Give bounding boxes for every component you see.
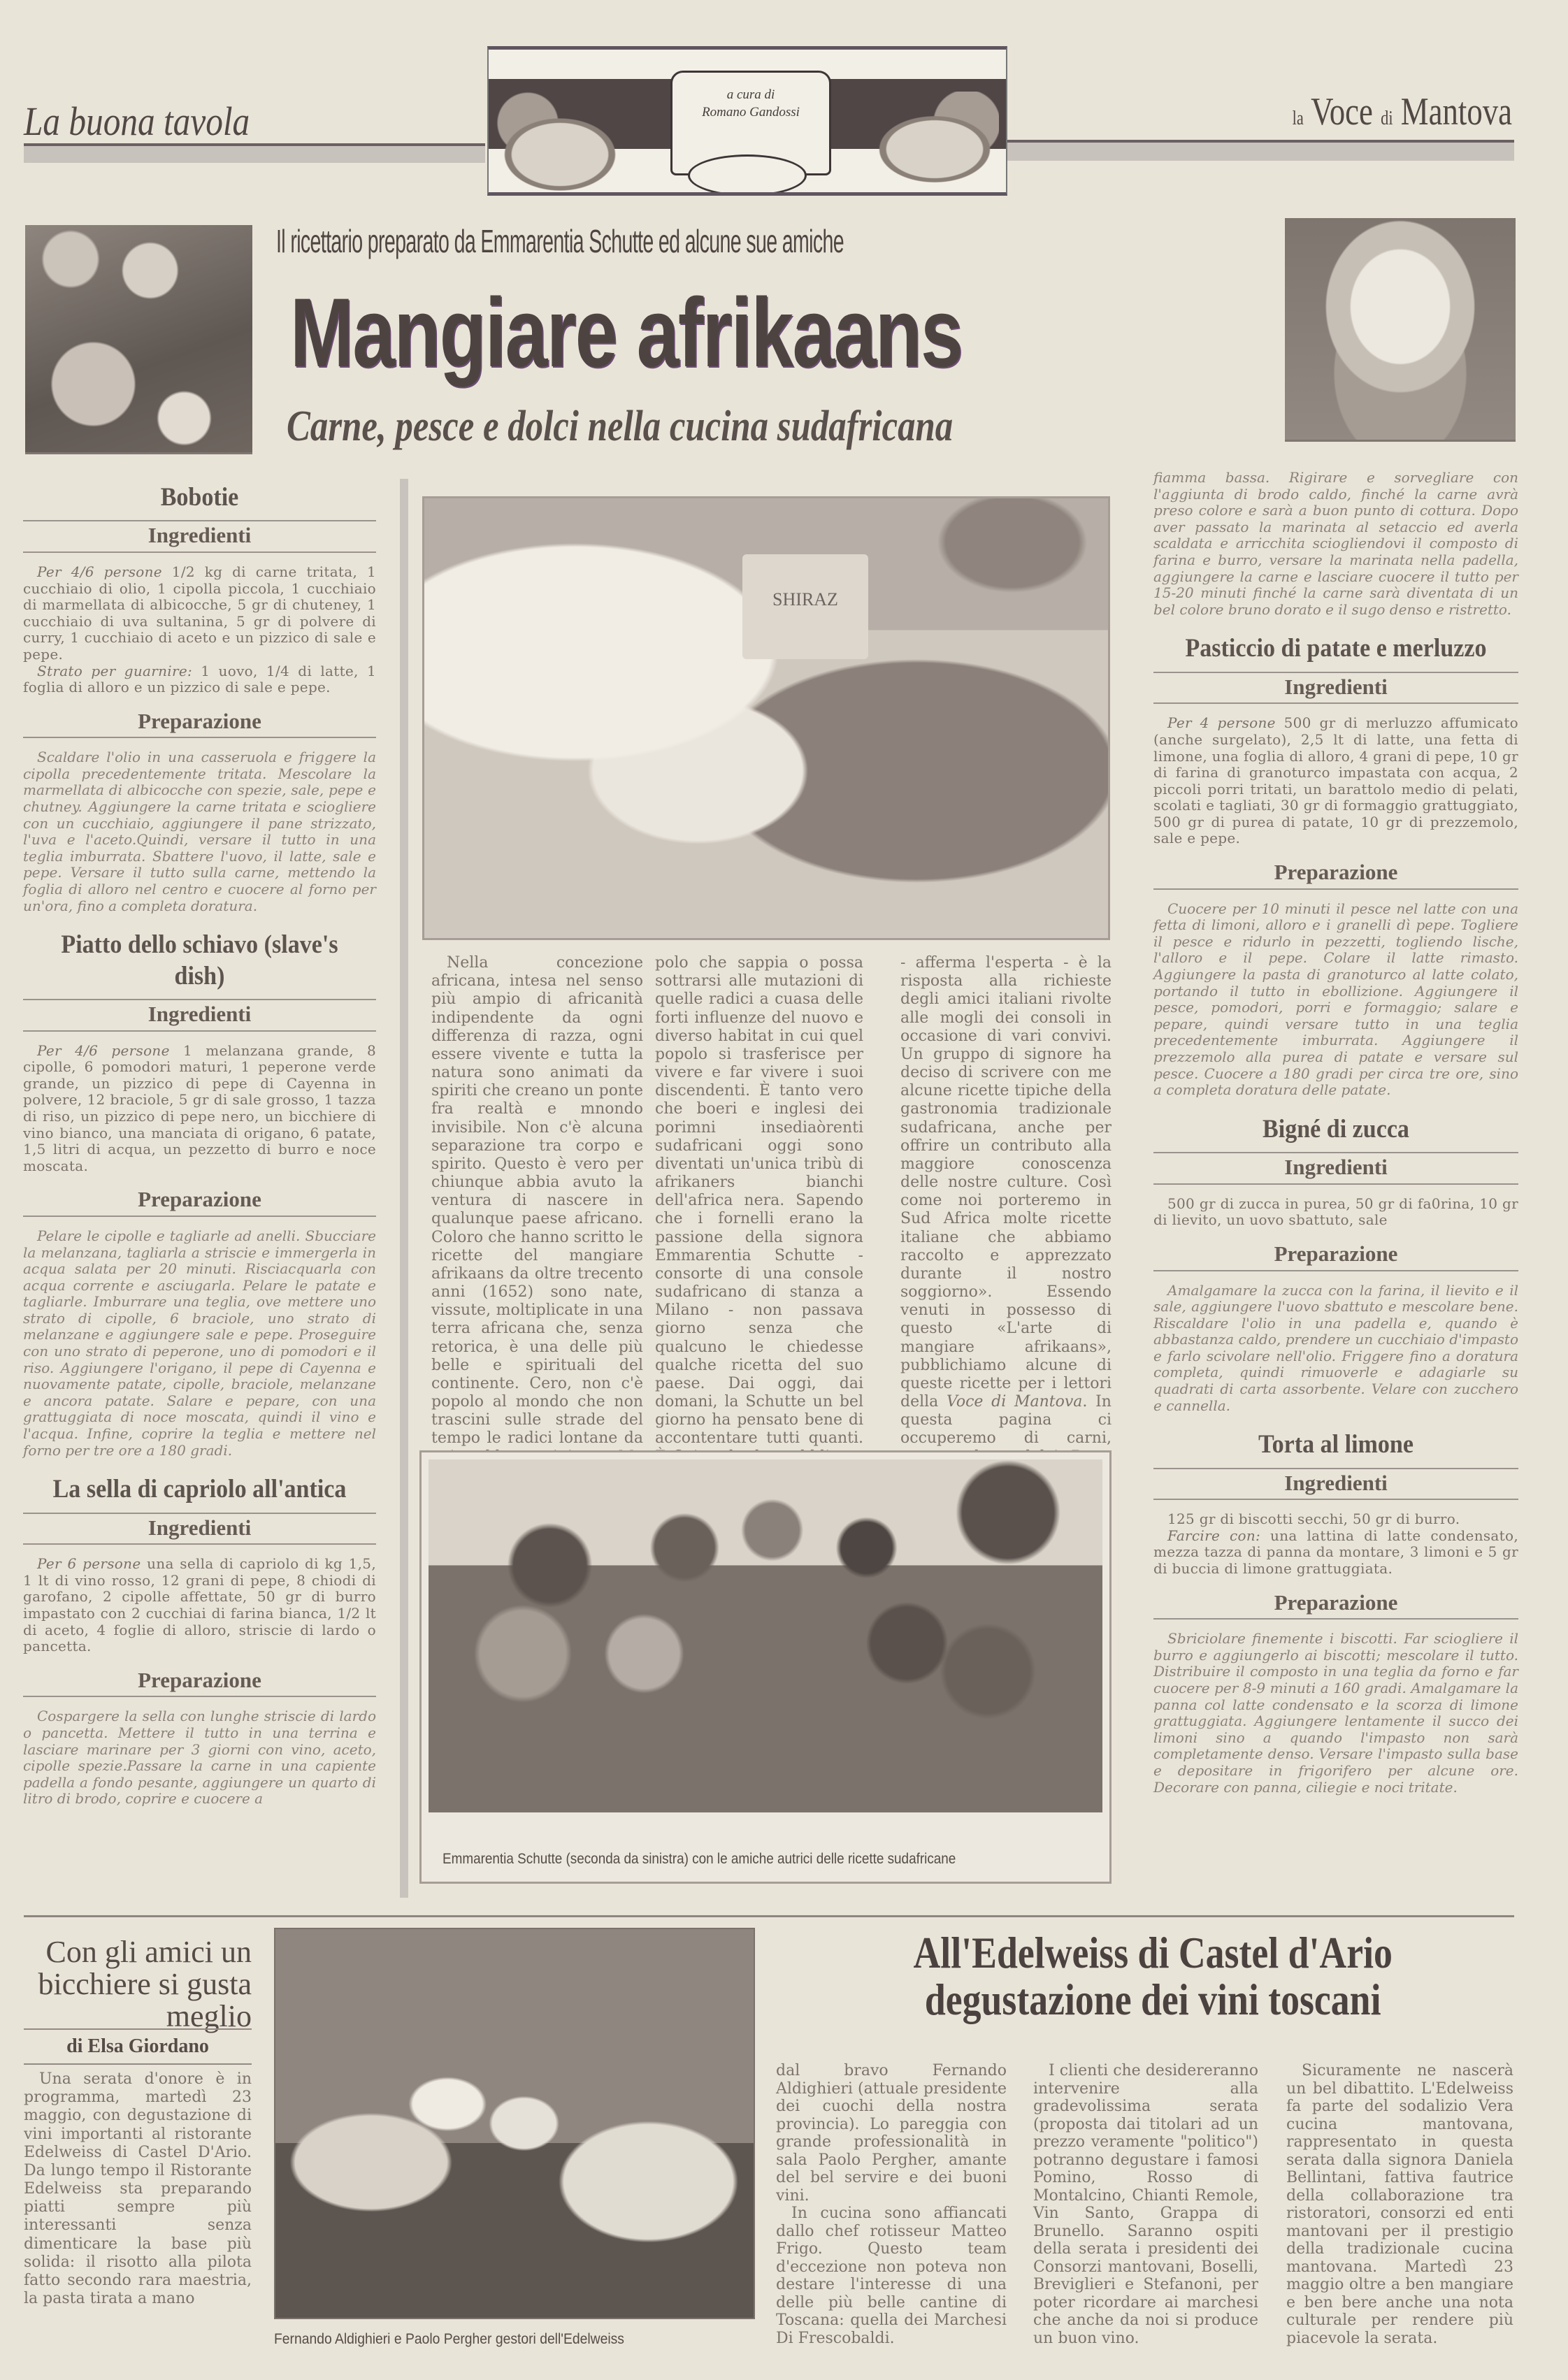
preparation-heading: Preparazione bbox=[1153, 1240, 1518, 1271]
side-story-body: Una serata d'onore è in programma, marte… bbox=[24, 2070, 252, 2308]
curator-line-1: a cura di bbox=[679, 87, 822, 104]
food-illustration-right bbox=[838, 92, 999, 196]
recipe-title: La sella di capriolo all'antica bbox=[37, 1474, 362, 1505]
side-story-title: Con gli amici un bicchiere si gusta megl… bbox=[24, 1936, 252, 2033]
preparation-heading: Preparazione bbox=[1153, 858, 1518, 890]
paragraph: In cucina sono affiancati dallo chef rot… bbox=[776, 2205, 1007, 2347]
preparation-text: Cuocere per 10 minuti il pesce nel latte… bbox=[1153, 901, 1518, 1099]
ingredients-heading: Ingredienti bbox=[23, 520, 376, 553]
side-story-byline: di Elsa Giordano bbox=[24, 2035, 252, 2058]
preparation-heading: Preparazione bbox=[23, 1185, 376, 1217]
preparation-heading: Preparazione bbox=[1153, 1589, 1518, 1620]
curator-credit: a cura di Romano Gandossi bbox=[679, 87, 822, 121]
ingredients-heading: Ingredienti bbox=[1153, 672, 1518, 705]
divider bbox=[24, 2063, 252, 2065]
deck: Carne, pesce e dolci nella cucina sudafr… bbox=[287, 402, 953, 452]
edelweiss-headline: All'Edelweiss di Castel d'Ario degustazi… bbox=[783, 1929, 1523, 2023]
recipe-column-right: fiamma bassa. Rigirare e sorvegliare con… bbox=[1153, 470, 1518, 1796]
servings-label: Per 4 persone bbox=[1167, 714, 1276, 731]
ingredients-heading: Ingredienti bbox=[1153, 1152, 1518, 1185]
bobotie-dish-photo: SHIRAZ bbox=[422, 496, 1110, 940]
headline: Mangiare afrikaans bbox=[290, 276, 962, 389]
ingredients-list: 1 melanzana grande, 8 cipolle, 6 pomodor… bbox=[23, 1042, 376, 1174]
ingredients-text: 125 gr di biscotti secchi, 50 gr di burr… bbox=[1153, 1511, 1518, 1528]
recipe-bigne-di-zucca: Bigné di zucca Ingredienti 500 gr di zuc… bbox=[1153, 1114, 1518, 1414]
article-text: - afferma l'esperta - è la risposta alla… bbox=[900, 954, 1112, 1411]
edelweiss-column-3: Sicuramente ne nascerà un bel dibattito.… bbox=[1286, 2062, 1513, 2347]
masthead-band-left bbox=[24, 143, 485, 163]
preparation-heading: Preparazione bbox=[23, 1666, 376, 1698]
headline-line-2: degustazione dei vini toscani bbox=[783, 1976, 1523, 2023]
article-column-1: Nella concezione africana, intesa nel se… bbox=[431, 954, 643, 1485]
preparation-text: Pelare le cipolle e tagliarle ad anelli.… bbox=[23, 1228, 376, 1459]
recipe-title: Torta al limone bbox=[1168, 1429, 1504, 1460]
headline-line-1: All'Edelweiss di Castel d'Ario bbox=[783, 1929, 1523, 1976]
servings-label: Per 4/6 persone bbox=[37, 1042, 170, 1059]
bottom-divider bbox=[24, 1915, 1514, 1917]
newspaper-name-di: di bbox=[1381, 108, 1393, 129]
recipe-title: Pasticcio di patate e merluzzo bbox=[1168, 633, 1504, 664]
ingredients-text: 500 gr di zucca in purea, 50 gr di fa0ri… bbox=[1153, 1196, 1518, 1229]
ingredients-heading: Ingredienti bbox=[1153, 1468, 1518, 1501]
group-photo: Emmarentia Schutte (seconda da sinistra)… bbox=[419, 1450, 1112, 1884]
article-column-3: - afferma l'esperta - è la risposta alla… bbox=[900, 954, 1112, 1506]
paragraph: dal bravo Fernando Aldighieri (attuale p… bbox=[776, 2062, 1007, 2205]
preparation-text: Amalgamare la zucca con la farina, il li… bbox=[1153, 1283, 1518, 1415]
ingredients-list: 500 gr di merluzzo affumicato (anche sur… bbox=[1153, 714, 1518, 846]
recipe-bobotie: Bobotie Ingredienti Per 4/6 persone 1/2 … bbox=[23, 482, 376, 914]
recipe-title: Piatto dello schiavo (slave's dish) bbox=[37, 930, 362, 992]
divider bbox=[24, 2028, 252, 2030]
kicker: Il ricettario preparato da Emmarentia Sc… bbox=[276, 222, 844, 260]
group-photo-caption: Emmarentia Schutte (seconda da sinistra)… bbox=[443, 1851, 956, 1868]
masthead-illustration: a cura di Romano Gandossi bbox=[487, 46, 1007, 196]
garnish-label: Strato per guarnire: bbox=[37, 663, 192, 679]
restaurant-photo-caption: Fernando Aldighieri e Paolo Pergher gest… bbox=[274, 2331, 624, 2348]
ingredients-text: Per 4 persone 500 gr di merluzzo affumic… bbox=[1153, 715, 1518, 847]
preparation-text: Cospargere la sella con lunghe striscie … bbox=[23, 1708, 376, 1808]
preparation-text-continued: fiamma bassa. Rigirare e sorvegliare con… bbox=[1153, 470, 1518, 618]
food-illustration-left bbox=[496, 92, 656, 196]
newspaper-name: la Voce di Mantova bbox=[1293, 89, 1512, 134]
recipe-column-left: Bobotie Ingredienti Per 4/6 persone 1/2 … bbox=[23, 482, 376, 1808]
recipe-piatto-dello-schiavo: Piatto dello schiavo (slave's dish) Ingr… bbox=[23, 930, 376, 1459]
servings-label: Per 4/6 persone bbox=[37, 563, 162, 580]
servings-label: Per 6 persone bbox=[37, 1555, 141, 1572]
ingredients-text: Per 4/6 persone 1 melanzana grande, 8 ci… bbox=[23, 1043, 376, 1175]
wine-bottle-label: SHIRAZ bbox=[742, 554, 868, 659]
section-name: La buona tavola bbox=[24, 98, 250, 145]
restaurant-photo bbox=[274, 1928, 755, 2319]
newspaper-name-prefix: la bbox=[1293, 108, 1304, 129]
newspaper-reference: Voce di Mantova bbox=[947, 1393, 1082, 1411]
newspaper-name-mantova: Mantova bbox=[1401, 90, 1512, 134]
edelweiss-column-1: dal bravo Fernando Aldighieri (attuale p… bbox=[776, 2062, 1007, 2347]
ingredients-text: Per 4/6 persone 1/2 kg di carne tritata,… bbox=[23, 564, 376, 663]
recipe-torta-al-limone: Torta al limone Ingredienti 125 gr di bi… bbox=[1153, 1429, 1518, 1796]
group-photo-image bbox=[429, 1459, 1102, 1812]
filling-label: Farcire con: bbox=[1167, 1527, 1260, 1544]
newspaper-name-voce: Voce bbox=[1311, 90, 1373, 134]
recipe-pasticcio: Pasticcio di patate e merluzzo Ingredien… bbox=[1153, 633, 1518, 1098]
ingredients-text: Per 6 persone una sella di capriolo di k… bbox=[23, 1556, 376, 1655]
bowl-icon bbox=[688, 154, 807, 196]
masthead-band-right bbox=[1004, 140, 1514, 161]
ingredients-heading: Ingredienti bbox=[23, 1513, 376, 1545]
food-photo-left bbox=[25, 225, 252, 454]
recipe-sella-di-capriolo: La sella di capriolo all'antica Ingredie… bbox=[23, 1474, 376, 1808]
edelweiss-column-2: I clienti che desidereranno intervenire … bbox=[1033, 2062, 1258, 2347]
preparation-text: Scaldare l'olio in una casseruola e frig… bbox=[23, 749, 376, 914]
curator-line-2: Romano Gandossi bbox=[679, 104, 822, 122]
preparation-text: Sbriciolare finemente i biscotti. Far sc… bbox=[1153, 1631, 1518, 1796]
preparation-heading: Preparazione bbox=[23, 707, 376, 739]
garnish-text: Strato per guarnire: 1 uovo, 1/4 di latt… bbox=[23, 663, 376, 696]
ingredients-heading: Ingredienti bbox=[23, 999, 376, 1032]
recipe-title: Bigné di zucca bbox=[1168, 1114, 1504, 1145]
article-column-2: polo che sappia o possa sottrarsi alle m… bbox=[655, 954, 863, 1503]
recipe-title: Bobotie bbox=[37, 482, 362, 513]
food-photo-right bbox=[1285, 218, 1516, 442]
filling-text: Farcire con: una lattina di latte conden… bbox=[1153, 1528, 1518, 1578]
